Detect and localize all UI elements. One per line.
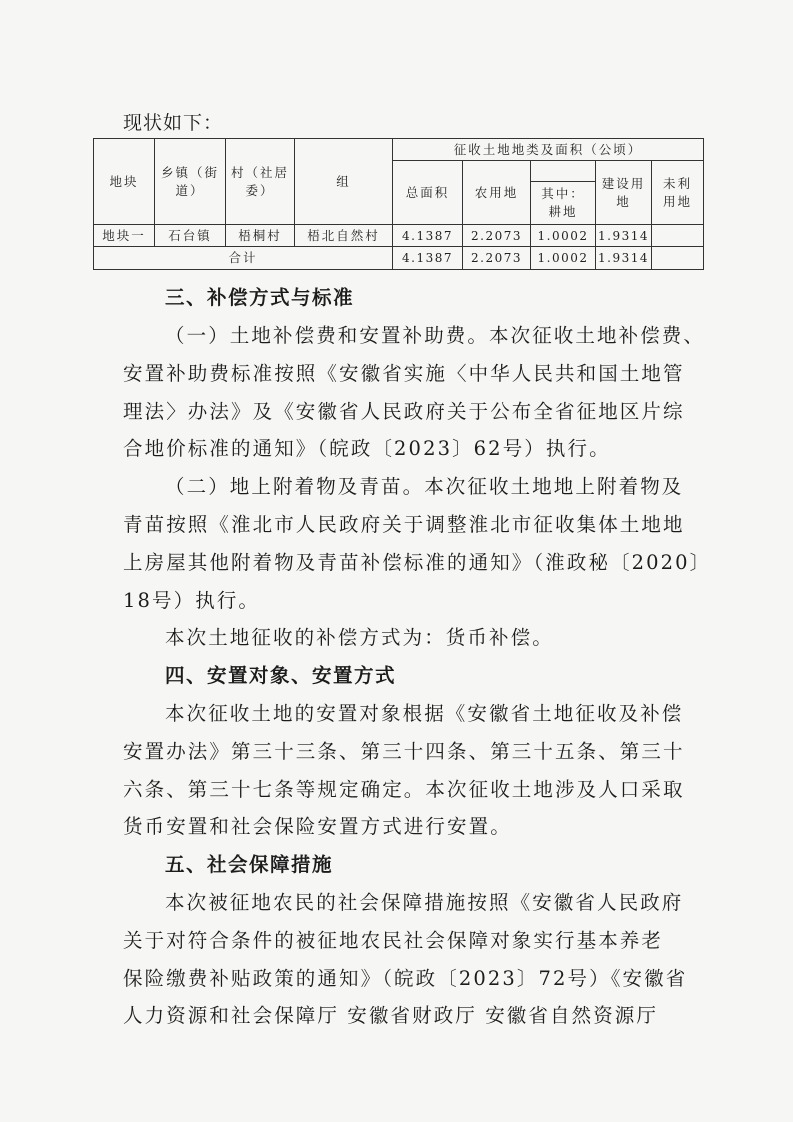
intro-text: 现状如下： <box>123 108 223 135</box>
s5-p1-line2: 关于对符合条件的被征地农民社会保障对象实行基本养老 <box>123 925 663 953</box>
document-page: 现状如下： 地块 乡镇（街 道） 村（社居 委） 组 征收土地地类及面积（公顷）… <box>0 0 793 1122</box>
s3-p1-line3: 理法〉办法》及《安徽省人民政府关于公布全省征地区片综 <box>123 396 685 424</box>
header-total-area: 总面积 <box>393 161 463 225</box>
s4-p1-line1: 本次征收土地的安置对象根据《安徽省土地征收及补偿 <box>165 698 683 726</box>
cell-total-agricultural: 2.2073 <box>463 247 531 270</box>
table-row: 地块一 石台镇 梧桐村 梧北自然村 4.1387 2.2073 1.0002 1… <box>94 225 704 247</box>
header-plot: 地块 <box>94 139 155 225</box>
cell-unused <box>652 225 704 247</box>
header-group: 组 <box>295 139 393 225</box>
header-village-line1: 村（社居 <box>226 164 294 182</box>
header-unused-line1: 未利 <box>652 175 703 193</box>
cell-township: 石台镇 <box>155 225 226 247</box>
section-3-heading: 三、补偿方式与标准 <box>165 282 354 310</box>
cell-total-cultivated: 1.0002 <box>531 247 596 270</box>
s4-p1-line3: 六条、第三十七条等规定确定。本次征收土地涉及人口采取 <box>123 774 685 802</box>
section-5-heading: 五、社会保障措施 <box>165 849 333 877</box>
header-blank-cell <box>531 161 596 182</box>
cell-total-unused <box>652 247 704 270</box>
header-cultivated: 其中： 耕地 <box>531 182 596 225</box>
s5-p1-line3: 保险缴费补贴政策的通知》（皖政〔2023〕72号）《安徽省 <box>123 963 687 991</box>
s4-p1-line2: 安置办法》第三十三条、第三十四条、第三十五条、第三十 <box>123 736 685 764</box>
header-agricultural: 农用地 <box>463 161 531 225</box>
header-village: 村（社居 委） <box>226 139 295 225</box>
cell-village: 梧桐村 <box>226 225 295 247</box>
land-acquisition-table: 地块 乡镇（街 道） 村（社居 委） 组 征收土地地类及面积（公顷） 总面积 农… <box>93 138 704 270</box>
cell-total-construction: 1.9314 <box>596 247 652 270</box>
header-construction-line1: 建设用 <box>596 175 651 193</box>
s3-p2-line4: 18号）执行。 <box>123 585 260 613</box>
cell-total-area: 4.1387 <box>393 225 463 247</box>
s4-p1-line4: 货币安置和社会保险安置方式进行安置。 <box>123 811 512 839</box>
cell-total-label: 合计 <box>94 247 393 270</box>
header-township-line1: 乡镇（街 <box>155 164 225 182</box>
s3-p2-line3: 上房屋其他附着物及青苗补偿标准的通知》（淮政秘〔2020〕 <box>123 547 711 575</box>
s5-p1-line1: 本次被征地农民的社会保障措施按照《安徽省人民政府 <box>165 887 683 915</box>
s3-p1-line1: （一）土地补偿费和安置补助费。本次征收土地补偿费、 <box>165 320 705 348</box>
cell-construction: 1.9314 <box>596 225 652 247</box>
header-township-line2: 道） <box>155 182 225 200</box>
table-total-row: 合计 4.1387 2.2073 1.0002 1.9314 <box>94 247 704 270</box>
s3-p1-line2: 安置补助费标准按照《安徽省实施〈中华人民共和国土地管 <box>123 358 685 386</box>
header-village-line2: 委） <box>226 182 294 200</box>
header-unused-line2: 用地 <box>652 193 703 211</box>
cell-total-total-area: 4.1387 <box>393 247 463 270</box>
header-construction: 建设用 地 <box>596 161 652 225</box>
s3-p3: 本次土地征收的补偿方式为：货币补偿。 <box>165 622 554 650</box>
s3-p2-line2: 青苗按照《淮北市人民政府关于调整淮北市征收集体土地地 <box>123 509 685 537</box>
header-unused: 未利 用地 <box>652 161 704 225</box>
cell-group: 梧北自然村 <box>295 225 393 247</box>
header-township: 乡镇（街 道） <box>155 139 226 225</box>
s5-p1-line4: 人力资源和社会保障厅 安徽省财政厅 安徽省自然资源厅 <box>123 1000 658 1028</box>
s3-p2-line1: （二）地上附着物及青苗。本次征收土地地上附着物及 <box>165 471 683 499</box>
s3-p1-line4: 合地价标准的通知》（皖政〔2023〕62号）执行。 <box>123 433 611 461</box>
header-cultivated-line2: 耕地 <box>531 203 595 221</box>
section-4-heading: 四、安置对象、安置方式 <box>165 660 396 688</box>
header-land-area-group: 征收土地地类及面积（公顷） <box>393 139 704 161</box>
header-cultivated-line1: 其中： <box>531 185 595 203</box>
cell-plot: 地块一 <box>94 225 155 247</box>
cell-cultivated: 1.0002 <box>531 225 596 247</box>
header-construction-line2: 地 <box>596 193 651 211</box>
cell-agricultural: 2.2073 <box>463 225 531 247</box>
